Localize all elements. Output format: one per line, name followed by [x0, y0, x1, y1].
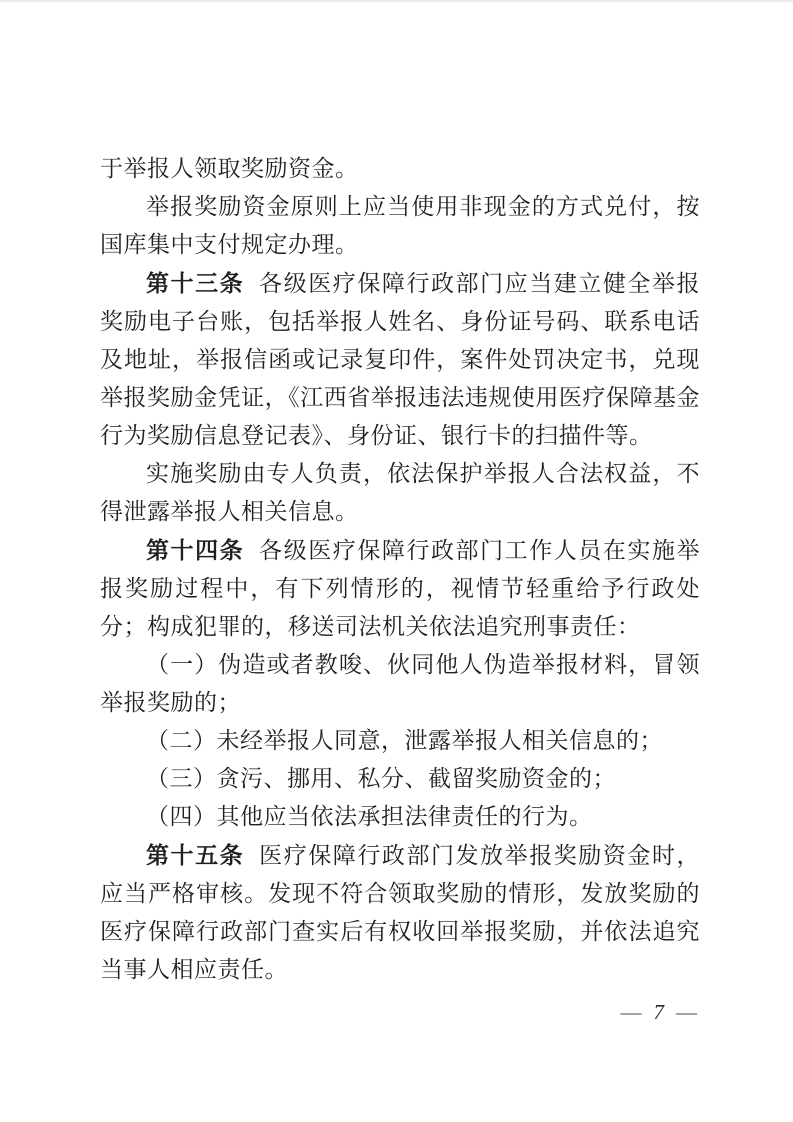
paragraph-article-15: 第十五条医疗保障行政部门发放举报奖励资金时，应当严格审核。发现不符合领取奖励的情… [100, 836, 700, 989]
paragraph-article-13: 第十三条各级医疗保障行政部门应当建立健全举报奖励电子台账，包括举报人姓名、身份证… [100, 264, 700, 455]
list-item-3: （三）贪污、挪用、私分、截留奖励资金的； [100, 760, 700, 798]
paragraph-continuation: 于举报人领取奖励资金。 [100, 150, 700, 188]
article-13-number: 第十三条 [146, 270, 244, 296]
article-13-text: 各级医疗保障行政部门应当建立健全举报奖励电子台账，包括举报人姓名、身份证号码、联… [100, 271, 700, 448]
paragraph-reward-implementation: 实施奖励由专人负责，依法保护举报人合法权益，不得泄露举报人相关信息。 [100, 455, 700, 531]
paragraph-article-14: 第十四条各级医疗保障行政部门工作人员在实施举报奖励过程中，有下列情形的，视情节轻… [100, 531, 700, 646]
list-item-2: （二）未经举报人同意，泄露举报人相关信息的； [100, 722, 700, 760]
footer-page-number: 7 [654, 1000, 665, 1024]
page-number: —7— [621, 1000, 698, 1025]
article-14-number: 第十四条 [146, 537, 244, 563]
document-body: 于举报人领取奖励资金。 举报奖励资金原则上应当使用非现金的方式兑付，按国库集中支… [100, 150, 700, 989]
list-item-1: （一）伪造或者教唆、伙同他人伪造举报材料，冒领举报奖励的； [100, 646, 700, 722]
scan-edge-artifact [0, 0, 793, 2]
paragraph-payment-method: 举报奖励资金原则上应当使用非现金的方式兑付，按国库集中支付规定办理。 [100, 188, 700, 264]
footer-dash-left: — [621, 1000, 642, 1024]
footer-dash-right: — [676, 1000, 697, 1024]
document-page: 于举报人领取奖励资金。 举报奖励资金原则上应当使用非现金的方式兑付，按国库集中支… [0, 0, 793, 1122]
list-item-4: （四）其他应当依法承担法律责任的行为。 [100, 798, 700, 836]
article-15-number: 第十五条 [146, 842, 244, 868]
